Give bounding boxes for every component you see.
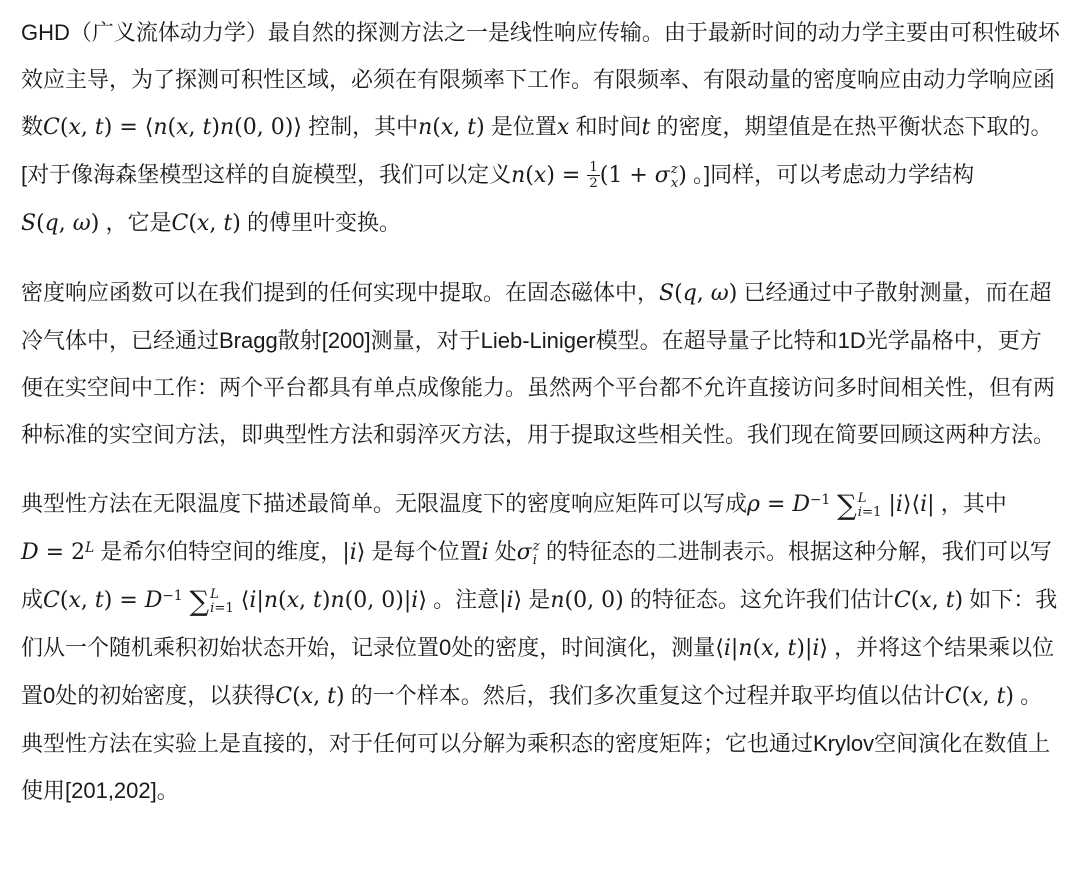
text-run: 和时间 — [575, 114, 641, 139]
math-token: ) — [729, 281, 738, 306]
math-token: ( — [168, 115, 177, 140]
superscript: L — [210, 588, 234, 603]
math-token: ( — [278, 588, 287, 613]
math-token: C — [171, 211, 188, 236]
math-token: ⟩ — [514, 588, 523, 613]
math-token: x — [287, 588, 299, 613]
math-token — [88, 588, 95, 613]
paragraph: GHD（广义流体动力学）最自然的探测方法之一是线性响应传输。由于最新时间的动力学… — [21, 9, 1060, 247]
math-token: i — [533, 553, 537, 568]
math-token: , — [774, 636, 781, 661]
math-token: D — [21, 540, 39, 565]
subscript: i=1 — [858, 506, 882, 521]
math-token: , — [932, 588, 939, 613]
math-token: x — [441, 115, 453, 140]
math-token: ) — [1005, 684, 1014, 709]
math-token: 0 — [381, 588, 395, 613]
text-run: 是希尔伯特空间的维度， — [100, 539, 342, 564]
math-token: ⟩ — [819, 636, 828, 661]
sub-sup-stack: Li=1 — [858, 492, 882, 521]
math-inline: ρ = D−1 ∑Li=1 |i⟩⟨i| — [747, 492, 935, 517]
math-token: = — [46, 540, 64, 565]
math-token: C — [43, 588, 60, 613]
math-token: n — [264, 588, 278, 613]
text-run: 的一个样本。然后，我们多次重复这个过程并取平均值以估计 — [351, 683, 945, 708]
math-token: 0 — [573, 588, 587, 613]
math-token: t — [313, 588, 322, 613]
summation-symbol: ∑ — [837, 489, 857, 521]
math-token — [704, 281, 711, 306]
math-inline: n(x) = 12(1 + σzx) — [511, 163, 687, 188]
subscript: i — [533, 554, 540, 569]
math-token: L — [858, 491, 867, 506]
math-token: x — [176, 115, 188, 140]
sub-sup-stack: Li=1 — [210, 588, 234, 617]
math-token: L — [210, 587, 219, 602]
math-token: ⟩ — [357, 540, 366, 565]
text-run: 的特征态。这允许我们估计 — [630, 587, 894, 612]
text-run: 是每个位置 — [372, 539, 482, 564]
math-token: ) — [336, 684, 345, 709]
math-token: = — [119, 115, 137, 140]
math-token: ) — [546, 163, 555, 188]
math-token: , — [189, 115, 196, 140]
math-token: i — [482, 540, 489, 565]
math-token: ) — [395, 588, 404, 613]
math-token: ) — [232, 211, 241, 236]
math-token: ) — [678, 163, 687, 188]
math-token: 0 — [243, 115, 257, 140]
math-token: 1 — [821, 492, 830, 508]
math-token: ω — [73, 211, 91, 236]
math-token: = — [119, 588, 137, 613]
math-inline: C(x, t) — [171, 211, 240, 236]
fraction-numerator: 1 — [587, 160, 599, 176]
superscript: −1 — [162, 588, 182, 604]
math-token: 0 — [601, 588, 615, 613]
math-token: 0 — [353, 588, 367, 613]
math-token: q — [45, 211, 59, 236]
math-token: = — [862, 505, 873, 520]
math-token: ( — [432, 115, 441, 140]
math-inline: C(x, t) — [945, 684, 1014, 709]
math-token — [234, 588, 241, 613]
sub-sup-stack: zi — [533, 540, 540, 569]
math-token: 2 — [589, 176, 597, 191]
math-token: ( — [564, 588, 573, 613]
math-token: x — [557, 115, 569, 140]
math-token: ) — [796, 636, 805, 661]
math-token: ) — [476, 115, 485, 140]
text-run: 典型性方法在无限温度下描述最简单。无限温度下的密度响应矩阵可以写成 — [21, 491, 747, 516]
math-token — [138, 588, 145, 613]
math-token: x — [197, 211, 209, 236]
math-token: i — [724, 636, 731, 661]
math-token — [555, 163, 562, 188]
math-token: ( — [292, 684, 301, 709]
math-token: = — [562, 163, 580, 188]
math-token: x — [761, 636, 773, 661]
math-token: t — [946, 588, 955, 613]
math-token — [648, 163, 655, 188]
math-token: x — [68, 115, 80, 140]
math-token: n — [220, 115, 234, 140]
math-token: x — [301, 684, 313, 709]
math-token: ( — [752, 636, 761, 661]
math-inline: σzi — [517, 540, 540, 565]
math-token: + — [629, 163, 647, 188]
math-inline: i — [482, 540, 489, 565]
math-token: | — [256, 588, 263, 613]
paragraph: 密度响应函数可以在我们提到的任何实现中提取。在固态磁体中，S(q, ω)已经通过… — [21, 269, 1060, 458]
math-token — [196, 115, 203, 140]
math-token — [939, 588, 946, 613]
math-token: q — [683, 281, 697, 306]
math-token: | — [888, 492, 895, 517]
math-token: n — [330, 588, 344, 613]
superscript: −1 — [810, 492, 830, 508]
math-token: | — [342, 540, 349, 565]
math-token — [990, 684, 997, 709]
math-token: L — [85, 540, 94, 556]
fraction-denominator: 2 — [587, 176, 599, 191]
math-token: ( — [525, 163, 534, 188]
math-token: x — [68, 588, 80, 613]
text-run: 。]同样，可以考虑动力学结构 — [693, 162, 974, 187]
math-token: = — [214, 601, 225, 616]
math-token: = — [767, 492, 785, 517]
math-inline: ⟨i|n(x, t)|i⟩ — [715, 636, 828, 661]
math-token: S — [659, 281, 674, 306]
math-token: − — [810, 492, 821, 508]
math-token: ( — [962, 684, 971, 709]
math-token: n — [738, 636, 752, 661]
math-token: x — [970, 684, 982, 709]
math-inline: C(x, t) = ⟨n(x, t)n(0, 0)⟩ — [43, 115, 302, 140]
math-token: ⟩ — [293, 115, 302, 140]
math-token: n — [550, 588, 564, 613]
math-inline: D = 2L — [21, 540, 94, 565]
math-token: t — [327, 684, 336, 709]
math-inline: S(q, ω) — [21, 211, 99, 236]
math-token: ω — [711, 281, 729, 306]
math-token: ( — [345, 588, 354, 613]
paragraph: 典型性方法在无限温度下描述最简单。无限温度下的密度响应矩阵可以写成ρ = D−1… — [21, 480, 1060, 814]
math-inline: n(x, t) — [418, 115, 485, 140]
math-token: , — [983, 684, 990, 709]
math-token: t — [95, 588, 104, 613]
math-token: ) — [211, 115, 220, 140]
document-body: GHD（广义流体动力学）最自然的探测方法之一是线性响应传输。由于最新时间的动力学… — [21, 9, 1060, 814]
text-run: ，它是 — [105, 210, 171, 235]
math-token: σ — [655, 163, 670, 188]
math-token: n — [153, 115, 167, 140]
math-token: z — [671, 162, 678, 177]
math-token — [39, 540, 46, 565]
math-token: i — [896, 492, 903, 517]
math-token: C — [945, 684, 962, 709]
math-token: x — [919, 588, 931, 613]
math-token: ( — [36, 211, 45, 236]
math-token — [760, 492, 767, 517]
text-run: 控制，其中 — [308, 114, 418, 139]
math-token — [264, 115, 271, 140]
math-token: ⟩ — [418, 588, 427, 613]
superscript: L — [85, 540, 94, 556]
math-token: | — [927, 492, 934, 517]
math-token: , — [81, 115, 88, 140]
math-token: ( — [234, 115, 243, 140]
math-token: x — [534, 163, 546, 188]
math-token: S — [21, 211, 36, 236]
math-token: ( — [911, 588, 920, 613]
text-run: 是 — [528, 587, 550, 612]
math-token — [88, 115, 95, 140]
math-token: ( — [188, 211, 197, 236]
math-token: C — [43, 115, 60, 140]
math-token — [781, 636, 788, 661]
math-inline: |i⟩ — [342, 540, 365, 565]
math-inline: S(q, ω) — [659, 281, 737, 306]
document-page: GHD（广义流体动力学）最自然的探测方法之一是线性响应传输。由于最新时间的动力学… — [0, 0, 1080, 895]
superscript: z — [533, 540, 540, 555]
math-token: ⟨ — [715, 636, 724, 661]
math-inline: C(x, t) — [894, 588, 963, 613]
text-run: 密度响应函数可以在我们提到的任何实现中提取。在固态磁体中， — [21, 280, 659, 305]
summation-symbol: ∑ — [189, 585, 209, 617]
math-token: t — [467, 115, 476, 140]
math-token: σ — [517, 540, 532, 565]
text-run: ，其中 — [941, 491, 1007, 516]
math-token — [580, 163, 587, 188]
math-token: ) — [615, 588, 624, 613]
math-token — [66, 211, 73, 236]
math-token: n — [418, 115, 432, 140]
math-inline: n(0, 0) — [550, 588, 623, 613]
math-token: , — [257, 115, 264, 140]
math-token: C — [894, 588, 911, 613]
math-token: D — [145, 588, 163, 613]
math-token: t — [223, 211, 232, 236]
math-token: , — [299, 588, 306, 613]
math-token: i — [507, 588, 514, 613]
math-token: 2 — [71, 540, 85, 565]
math-token: 1 — [608, 163, 622, 188]
subscript: i=1 — [210, 602, 234, 617]
math-inline: t — [641, 115, 650, 140]
math-token: | — [499, 588, 506, 613]
superscript: L — [858, 492, 882, 507]
math-token: ⟨ — [912, 492, 921, 517]
math-token: t — [95, 115, 104, 140]
math-token: ρ — [747, 492, 760, 517]
text-run: 的傅里叶变换。 — [247, 210, 401, 235]
math-token: z — [533, 539, 540, 554]
text-run: 处 — [495, 539, 517, 564]
math-inline: |i⟩ — [499, 588, 522, 613]
math-token: i — [350, 540, 357, 565]
math-token: , — [59, 211, 66, 236]
text-run: 。注意 — [433, 587, 499, 612]
math-token: ( — [674, 281, 683, 306]
math-token: D — [792, 492, 810, 517]
math-token: − — [162, 588, 173, 604]
text-run: 是位置 — [491, 114, 557, 139]
math-token: , — [697, 281, 704, 306]
math-inline: C(x, t) = D−1 ∑Li=1 ⟨i|n(x, t)n(0, 0)|i⟩ — [43, 588, 427, 613]
math-token: ⟩ — [903, 492, 912, 517]
math-inline: C(x, t) — [275, 684, 344, 709]
text-run: 已经通过中子散射测量，而在超冷气体中，已经通过Bragg散射[200]测量，对于… — [21, 280, 1055, 447]
math-token — [138, 115, 145, 140]
math-token: t — [641, 115, 650, 140]
math-token: 1 — [589, 160, 597, 175]
math-token: C — [275, 684, 292, 709]
math-token: ) — [91, 211, 100, 236]
math-token: n — [511, 163, 525, 188]
math-token: 1 — [225, 601, 233, 616]
math-token: , — [81, 588, 88, 613]
math-inline: x — [557, 115, 569, 140]
math-token — [306, 588, 313, 613]
math-token: ) — [955, 588, 964, 613]
math-token: 0 — [271, 115, 285, 140]
fraction: 12 — [587, 160, 599, 191]
